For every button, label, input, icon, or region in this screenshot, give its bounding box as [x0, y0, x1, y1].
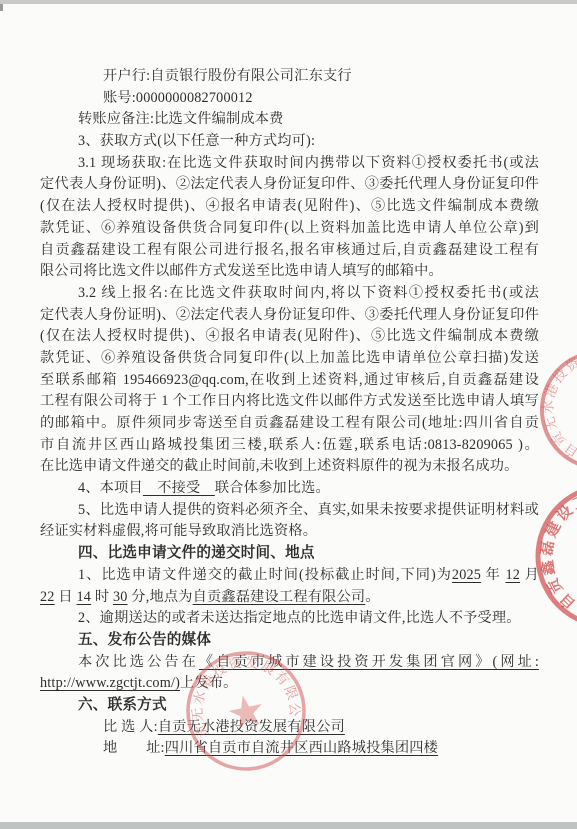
filled-blank: 自贡鑫磊建设工程有限公司: [193, 589, 366, 605]
text-segment: 四、比选申请文件的递交时间、地点: [78, 545, 315, 561]
text-segment: 5、比选申请人提供的资料必须齐全、真实,如果未按要求提供证明材料或: [78, 502, 539, 518]
text-segment: 经证实材料虚假,将可能导致取消比选资格。: [40, 523, 317, 539]
text-segment: 1、比选申请文件递交的截止时间(投标截止时间,下同)为: [78, 567, 452, 583]
filled-blank: 《自贡市城市建设投资开发集团官网》(网址:: [199, 654, 539, 670]
text-line: 五、发布公告的媒体: [40, 630, 539, 652]
text-segment: 限公司将比选文件以邮件方式发送至比选申请人填写的邮箱中。: [40, 263, 443, 279]
text-segment: 款凭证、⑥养殖设备供货合同复印件(以上加盖比选申请单位公章扫描)发送: [40, 350, 539, 366]
text-segment: 开户行:自贡银行股份有限公司汇东支行: [103, 68, 352, 84]
text-segment: 时: [91, 589, 113, 605]
text-segment: 转账应备注:比选文件编制成本费: [78, 111, 284, 127]
text-line: 开户行:自贡银行股份有限公司汇东支行: [40, 66, 539, 88]
text-line: 账号:0000000082700012: [40, 88, 539, 110]
text-segment: 市自流井区西山路城投集团三楼,联系人:伍霆,联系电话:0813-8209065 …: [40, 437, 539, 453]
text-line: http://www.zgctjt.com/)上发布。: [40, 673, 539, 695]
text-segment: 3.2 线上报名:在比选文件获取时间内,将以下资料①授权委托书(或法: [78, 285, 539, 301]
text-segment: 工程有限公司将于 1 个工作日内将比选文件以邮件方式发送至比选申请人填写: [40, 393, 539, 409]
filled-blank: 14: [76, 589, 91, 605]
text-line: 在比选申请文件递交的截止时间前,未收到上述资料原件的视为未报名成功。: [40, 456, 539, 478]
text-line: 4、本项目 不接受 联合体参加比选。: [40, 478, 539, 500]
text-segment: 上发布。: [180, 675, 238, 691]
filled-blank: 12: [505, 567, 520, 583]
text-line: 六、联系方式: [40, 695, 539, 717]
text-segment: 4、本项目: [78, 480, 143, 496]
document-page: 开户行:自贡银行股份有限公司汇东支行账号:0000000082700012转账应…: [0, 0, 577, 829]
text-segment: 至联系邮箱 195466923@qq.com,在收到上述资料,通过审核后,自贡鑫…: [40, 372, 539, 388]
text-segment: 五、发布公告的媒体: [78, 632, 211, 648]
text-line: 5、比选申请人提供的资料必须齐全、真实,如果未按要求提供证明材料或: [40, 500, 539, 522]
text-segment: 本次比选公告在: [78, 654, 199, 670]
text-segment: 3.1 现场获取:在比选文件获取时间内携带以下资料①授权委托书(或法: [78, 155, 539, 171]
text-segment: 月: [520, 567, 539, 583]
filled-blank: 四川省自贡市自流井区西山路城投集团四楼: [165, 740, 438, 756]
filled-blank: 22: [40, 589, 55, 605]
text-segment: 款凭证、⑥养殖设备供货合同复印件(以上资料加盖比选申请人单位公章)到: [40, 220, 539, 236]
text-segment: (仅在法人授权时提供)、④报名申请表(见附件)、⑤比选文件编制成本费缴: [40, 328, 539, 344]
text-segment: 。: [365, 589, 379, 605]
text-line: 比 选 人:自贡无水港投资发展有限公司: [40, 717, 539, 739]
document-lines: 开户行:自贡银行股份有限公司汇东支行账号:0000000082700012转账应…: [40, 66, 539, 760]
text-line: 四、比选申请文件的递交时间、地点: [40, 543, 539, 565]
text-line: 限公司将比选文件以邮件方式发送至比选申请人填写的邮箱中。: [40, 261, 539, 283]
text-segment: 定代表人身份证明)、②法定代表人身份证复印件、③委托代理人身份证复印件: [40, 307, 539, 323]
text-line: 地 址:四川省自贡市自流井区西山路城投集团四楼: [40, 738, 539, 760]
text-line: 2、逾期送达的或者未送达指定地点的比选申请文件,比选人不予受理。: [40, 608, 539, 630]
filled-blank: 自贡无水港投资发展有限公司: [158, 719, 345, 735]
text-segment: 定代表人身份证明)、②法定代表人身份证复印件、③委托代理人身份证复印件: [40, 176, 539, 192]
text-line: 的邮箱中。原件须同步寄送至自贡鑫磊建设工程有限公司(地址:四川省自贡: [40, 413, 539, 435]
text-segment: 自贡鑫磊建设工程有限公司进行报名,报名审核通过后,自贡鑫磊建设工程有: [40, 242, 539, 258]
text-segment: 比 选 人:: [103, 719, 158, 735]
filled-blank: 30: [113, 589, 128, 605]
text-line: 定代表人身份证明)、②法定代表人身份证复印件、③委托代理人身份证复印件: [40, 174, 539, 196]
text-line: 自贡鑫磊建设工程有限公司进行报名,报名审核通过后,自贡鑫磊建设工程有: [40, 240, 539, 262]
document-body: 开户行:自贡银行股份有限公司汇东支行账号:0000000082700012转账应…: [40, 66, 539, 760]
text-line: 款凭证、⑥养殖设备供货合同复印件(以上加盖比选申请单位公章扫描)发送: [40, 348, 539, 370]
text-segment: 日: [55, 589, 77, 605]
text-line: 本次比选公告在《自贡市城市建设投资开发集团官网》(网址:: [40, 652, 539, 674]
text-segment: 2、逾期送达的或者未送达指定地点的比选申请文件,比选人不予受理。: [78, 610, 521, 626]
text-line: 款凭证、⑥养殖设备供货合同复印件(以上资料加盖比选申请人单位公章)到: [40, 218, 539, 240]
text-segment: 六、联系方式: [78, 697, 167, 713]
text-line: 22 日 14 时 30 分,地点为自贡鑫磊建设工程有限公司。: [40, 587, 539, 609]
text-line: 3、获取方式(以下任意一种方式均可):: [40, 131, 539, 153]
scan-edge-top: [0, 0, 577, 4]
scan-corner-mark: [0, 4, 3, 11]
text-segment: 3、获取方式(以下任意一种方式均可):: [78, 133, 315, 149]
text-line: 3.1 现场获取:在比选文件获取时间内携带以下资料①授权委托书(或法: [40, 153, 539, 175]
text-line: 工程有限公司将于 1 个工作日内将比选文件以邮件方式发送至比选申请人填写: [40, 391, 539, 413]
text-segment: 在比选申请文件递交的截止时间前,未收到上述资料原件的视为未报名成功。: [40, 458, 519, 474]
text-segment: 账号:0000000082700012: [103, 90, 253, 106]
text-line: 3.2 线上报名:在比选文件获取时间内,将以下资料①授权委托书(或法: [40, 283, 539, 305]
text-segment: 分,地点为: [128, 589, 193, 605]
text-segment: 联合体参加比选。: [215, 480, 330, 496]
filled-blank: http://www.zgctjt.com/): [40, 675, 180, 691]
text-line: (仅在法人授权时提供)、④报名申请表(见附件)、⑤比选文件编制成本费缴: [40, 196, 539, 218]
text-line: 经证实材料虚假,将可能导致取消比选资格。: [40, 521, 539, 543]
filled-blank: 2025: [452, 567, 481, 583]
text-segment: 地 址:: [103, 740, 165, 756]
text-line: (仅在法人授权时提供)、④报名申请表(见附件)、⑤比选文件编制成本费缴: [40, 326, 539, 348]
text-line: 1、比选申请文件递交的截止时间(投标截止时间,下同)为2025 年 12 月: [40, 565, 539, 587]
text-segment: 年: [481, 567, 505, 583]
scan-edge-bottom: [0, 822, 577, 829]
text-segment: 的邮箱中。原件须同步寄送至自贡鑫磊建设工程有限公司(地址:四川省自贡: [40, 415, 539, 431]
text-line: 转账应备注:比选文件编制成本费: [40, 109, 539, 131]
text-line: 至联系邮箱 195466923@qq.com,在收到上述资料,通过审核后,自贡鑫…: [40, 370, 539, 392]
text-segment: (仅在法人授权时提供)、④报名申请表(见附件)、⑤比选文件编制成本费缴: [40, 198, 539, 214]
filled-blank: 不接受: [143, 480, 215, 496]
text-line: 市自流井区西山路城投集团三楼,联系人:伍霆,联系电话:0813-8209065 …: [40, 435, 539, 457]
text-line: 定代表人身份证明)、②法定代表人身份证复印件、③委托代理人身份证复印件: [40, 305, 539, 327]
